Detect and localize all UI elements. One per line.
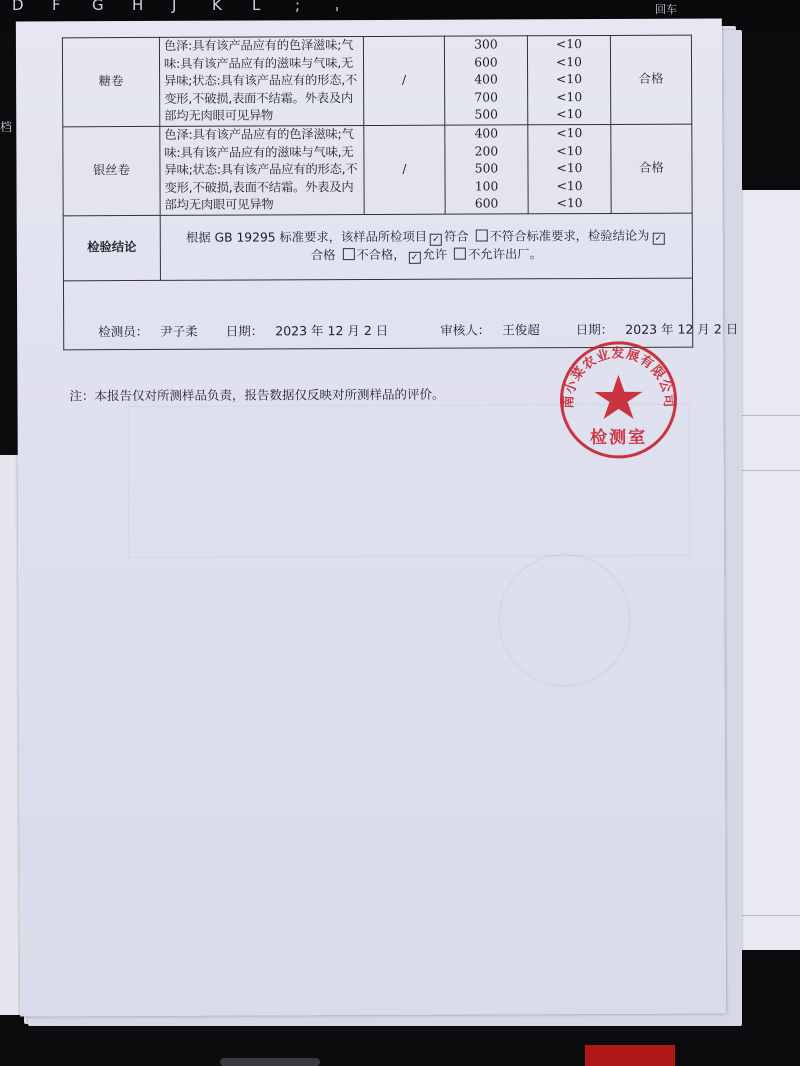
verdict: 合格 <box>610 35 691 124</box>
svg-text:检测室: 检测室 <box>590 427 647 448</box>
sensory-requirement: 色泽:具有该产品应有的色泽滋味;气味:具有该产品应有的滋味与气味,无异味;状态:… <box>159 37 363 127</box>
checkbox-empty-icon <box>454 248 466 260</box>
official-seal-stamp: 南小菜农业发展有限公司 检测室 <box>557 339 680 462</box>
background-object <box>585 1045 675 1066</box>
bleed-through-stamp <box>498 554 631 687</box>
keyboard-key: L <box>252 0 260 14</box>
verdict: 合格 <box>611 124 692 213</box>
checkbox-checked-icon: ✓ <box>409 252 421 264</box>
inspection-table: 糖卷 色泽:具有该产品应有的色泽滋味;气味:具有该产品应有的滋味与气味,无异味;… <box>62 35 693 351</box>
checkbox-empty-icon <box>476 230 488 242</box>
checkbox-checked-icon: ✓ <box>430 234 442 246</box>
reviewer-date: 2023 年 12 月 2 日 <box>625 322 738 337</box>
inspector-name: 尹子柔 <box>160 324 198 339</box>
report-footnote: 注：本报告仅对所测样品负责，报告数据仅反映对所测样品的评价。 <box>69 385 444 405</box>
keyboard-key: D <box>12 0 24 14</box>
keyboard-key: J <box>172 0 176 14</box>
reviewer-name: 王俊超 <box>502 323 540 338</box>
table-row: 银丝卷 色泽:具有该产品应有的色泽滋味;气味:具有该产品应有的滋味与气味,无异味… <box>63 124 692 216</box>
product-name: 银丝卷 <box>63 126 160 215</box>
star-icon <box>594 375 642 419</box>
conclusion-label: 检验结论 <box>63 215 160 280</box>
test-results: <10<10<10<10<10 <box>527 35 610 124</box>
inspector-date: 2023 年 12 月 2 日 <box>275 323 388 338</box>
keyboard-key: F <box>52 0 61 14</box>
keyboard-side-label: 档 <box>0 118 12 135</box>
background-object <box>220 1058 320 1066</box>
sensory-requirement: 色泽:具有该产品应有的色泽滋味;气味:具有该产品应有的滋味与气味,无异味;状态:… <box>160 125 364 215</box>
standard-value: / <box>364 125 445 214</box>
keyboard-key: K <box>212 0 222 14</box>
keyboard-key: H <box>132 0 143 14</box>
conclusion-row: 检验结论 根据 GB 19295 标准要求，该样品所检项目✓符合 不符合标准要求… <box>63 213 692 281</box>
keyboard-key: ; <box>295 0 300 14</box>
measured-values: 400200500100600 <box>445 125 528 214</box>
test-results: <10<10<10<10<10 <box>528 124 611 213</box>
report-page: 糖卷 色泽:具有该产品应有的色泽滋味;气味:具有该产品应有的滋味与气味,无异味;… <box>16 18 726 1016</box>
table-row: 糖卷 色泽:具有该产品应有的色泽滋味;气味:具有该产品应有的滋味与气味,无异味;… <box>62 35 691 127</box>
checkbox-empty-icon <box>342 248 354 260</box>
checkbox-checked-icon: ✓ <box>652 233 664 245</box>
measured-values: 300600400700500 <box>444 36 527 125</box>
product-name: 糖卷 <box>62 37 159 126</box>
keyboard-enter-key: 回车 <box>655 1 677 17</box>
standard-value: / <box>363 36 444 125</box>
conclusion-text: 根据 GB 19295 标准要求，该样品所检项目✓符合 不符合标准要求，检验结论… <box>160 213 692 280</box>
keyboard-key: G <box>92 0 104 14</box>
